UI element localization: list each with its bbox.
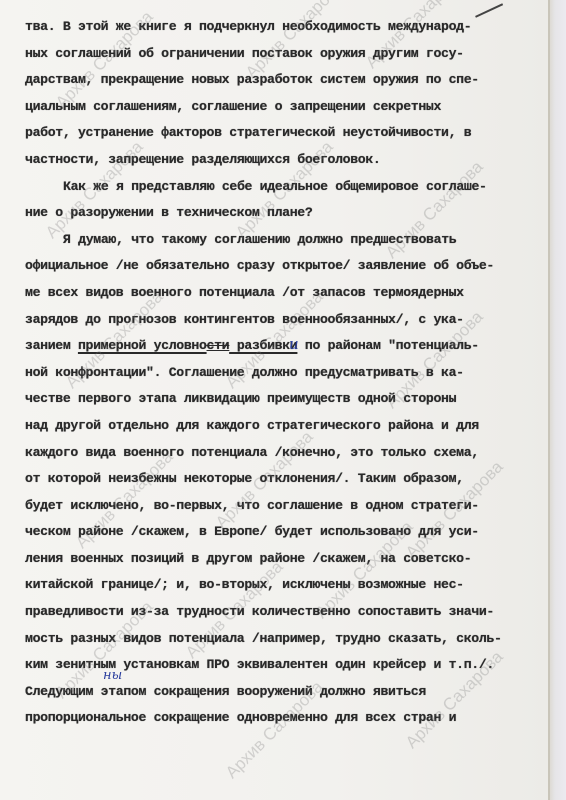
typewritten-text: тва. В этой же книге я подчеркнул необхо…	[25, 14, 545, 732]
text-line: будет исключено, во-первых, что соглашен…	[25, 493, 545, 520]
text-line: честве первого этапа ликвидацию преимуще…	[25, 386, 545, 413]
text-line: официальное /не обязательно сразу открыт…	[25, 253, 545, 280]
text-line: циальным соглашениям, соглашение о запре…	[25, 94, 545, 121]
text-line: пропорциональное сокращение одновременно…	[25, 705, 545, 732]
text-line: китайской границе/; и, во-вторых, исключ…	[25, 572, 545, 599]
text-line: ной конфронтации". Соглашение должно пре…	[25, 360, 545, 387]
text-line: ных соглашений об ограничении поставок о…	[25, 41, 545, 68]
text-line: работ, устранение факторов стратегическо…	[25, 120, 545, 147]
text-line: ме всех видов военного потенциала /от за…	[25, 280, 545, 307]
text-line: Я думаю, что такому соглашению должно пр…	[25, 227, 545, 254]
text-line: каждого вида военного потенциала /конечн…	[25, 440, 545, 467]
handwritten-insertion: ны	[103, 668, 122, 683]
text-line: ческом районе /скажем, в Европе/ будет и…	[25, 519, 545, 546]
text-line: Как же я представляю себе идеальное обще…	[25, 174, 545, 201]
text-line: ние о разоружении в техническом плане?	[25, 200, 545, 227]
handwritten-insertion: и	[289, 335, 299, 353]
text-segment: занием	[25, 338, 78, 353]
underlined-text: разбивки	[229, 338, 297, 353]
text-line: зарядов до прогнозов контингентов военно…	[25, 307, 545, 334]
text-segment: по районам "потенциаль-	[297, 338, 479, 353]
text-line: праведливости из-за трудности количестве…	[25, 599, 545, 626]
text-line: ления военных позиций в другом районе /с…	[25, 546, 545, 573]
underlined-text: примерной	[78, 338, 154, 353]
page-edge	[548, 0, 566, 800]
text-line: от которой неизбежны некоторые отклонени…	[25, 466, 545, 493]
struck-text: сти	[207, 338, 230, 353]
text-line: мость разных видов потенциала /например,…	[25, 626, 545, 653]
underlined-text: условно	[154, 338, 207, 353]
text-line: над другой отдельно для каждого стратеги…	[25, 413, 545, 440]
page-edge-line	[548, 0, 550, 800]
text-line: дарствам, прекращение новых разработок с…	[25, 67, 545, 94]
text-line-annotated: занием примерной условности разбивки по …	[25, 333, 545, 360]
text-line: частности, запрещение разделяющихся боег…	[25, 147, 545, 174]
text-line: тва. В этой же книге я подчеркнул необхо…	[25, 14, 545, 41]
